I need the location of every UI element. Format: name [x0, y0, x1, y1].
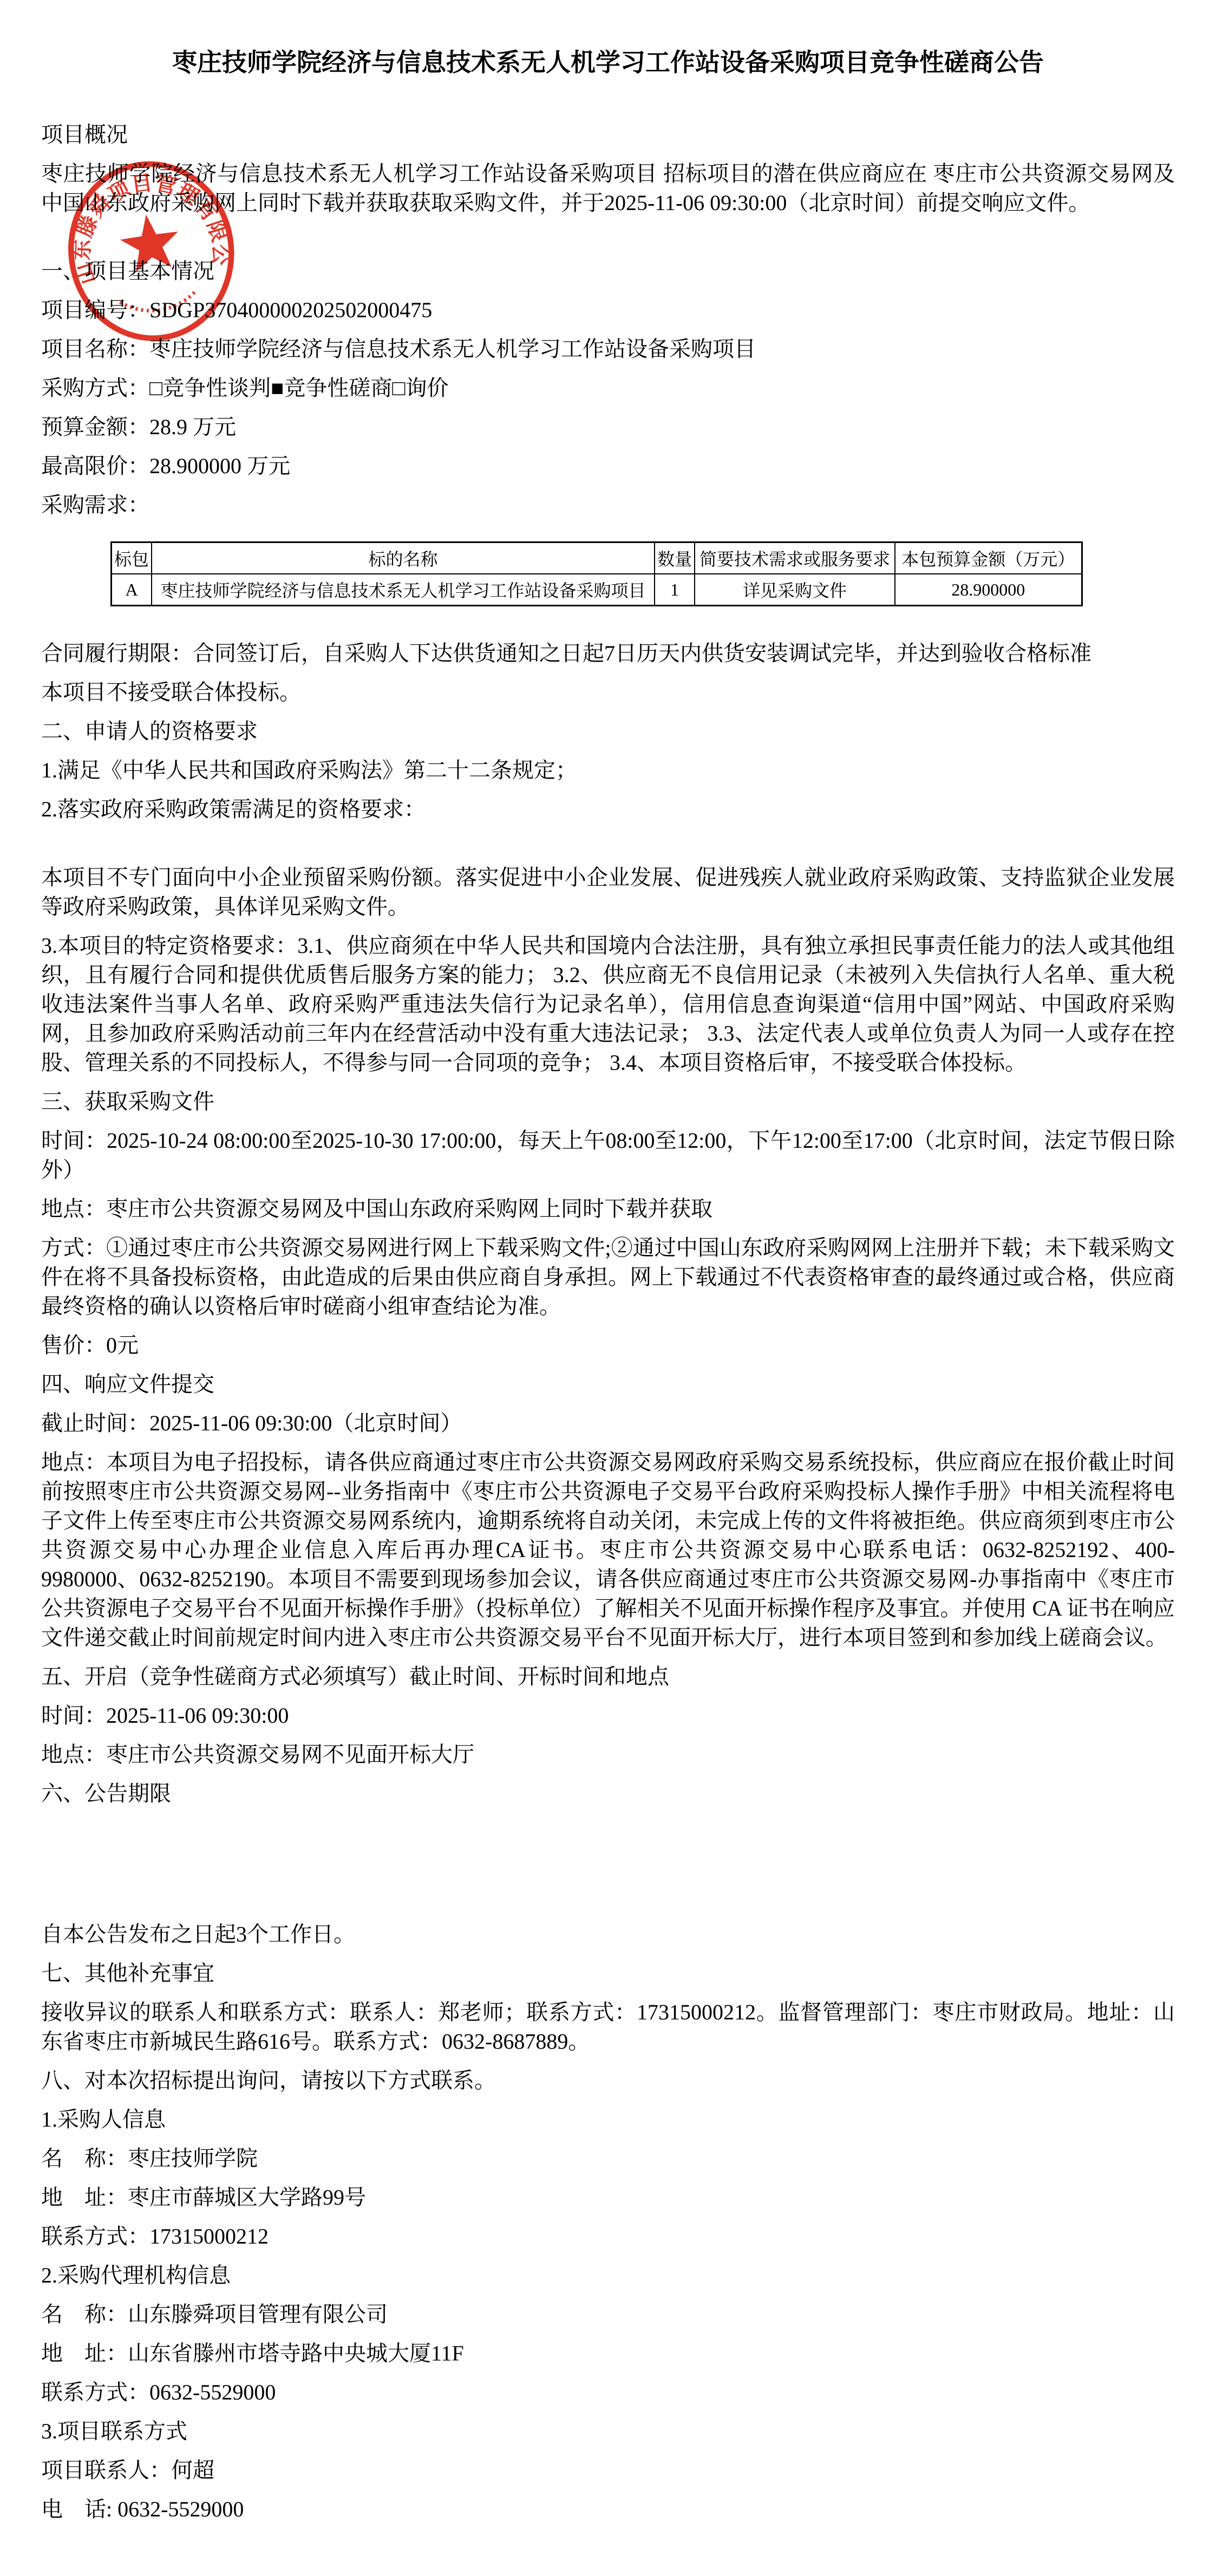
document-page: 枣庄技师学院经济与信息技术系无人机学习工作站设备采购项目竞争性磋商公告 项目概况… — [0, 0, 1216, 2576]
section-8-heading: 八、对本次招标提出询问，请按以下方式联系。 — [41, 2066, 1175, 2095]
para-agent-name: 名 称：山东滕舜项目管理有限公司 — [41, 2300, 1175, 2329]
para-project-contact-person: 项目联系人：何超 — [41, 2456, 1175, 2485]
table-header-requirements: 简要技术需求或服务要求 — [695, 542, 895, 574]
para-buyer-address: 地 址：枣庄市薛城区大学路99号 — [41, 2183, 1175, 2212]
para-procurement-method: 采购方式：□竞争性谈判■竞争性磋商□询价 — [41, 374, 1175, 403]
section-6-heading: 六、公告期限 — [41, 1779, 1175, 1808]
para-project-name: 项目名称：枣庄技师学院经济与信息技术系无人机学习工作站设备采购项目 — [41, 335, 1175, 364]
table-header-lot: 标包 — [112, 542, 152, 574]
table-header-qty: 数量 — [655, 542, 695, 574]
para-obtain-time: 时间：2025-10-24 08:00:00至2025-10-30 17:00:… — [41, 1126, 1175, 1185]
para-agent-address: 地 址：山东省滕州市塔寺路中央城大厦11F — [41, 2339, 1175, 2368]
para-announcement-period: 自本公告发布之日起3个工作日。 — [41, 1920, 1175, 1949]
table-header-budget: 本包预算金额（万元） — [895, 542, 1082, 574]
overview-heading: 项目概况 — [41, 120, 1175, 149]
overview-paragraph: 枣庄技师学院经济与信息技术系无人机学习工作站设备采购项目 招标项目的潜在供应商应… — [41, 159, 1175, 218]
section-5-heading: 五、开启（竞争性磋商方式必须填写）截止时间、开标时间和地点 — [41, 1662, 1175, 1691]
section-4-heading: 四、响应文件提交 — [41, 1370, 1175, 1399]
para-max-price: 最高限价：28.900000 万元 — [41, 452, 1175, 481]
section-1-heading: 一、项目基本情况 — [41, 257, 1175, 286]
para-qualification-2: 2.落实政府采购政策需满足的资格要求： — [41, 795, 1175, 824]
para-project-contact-heading: 3.项目联系方式 — [41, 2417, 1175, 2446]
table-cell-qty: 1 — [655, 574, 695, 606]
para-submit-deadline: 截止时间：2025-11-06 09:30:00（北京时间） — [41, 1409, 1175, 1438]
table-cell-budget: 28.900000 — [895, 574, 1082, 606]
table-header-row: 标包 标的名称 数量 简要技术需求或服务要求 本包预算金额（万元） — [112, 542, 1082, 574]
para-open-place: 地点：枣庄市公共资源交易网不见面开标大厅 — [41, 1740, 1175, 1769]
section-7-heading: 七、其他补充事宜 — [41, 1959, 1175, 1988]
para-buyer-info-heading: 1.采购人信息 — [41, 2105, 1175, 2134]
para-no-consortium: 本项目不接受联合体投标。 — [41, 678, 1175, 707]
para-agent-info-heading: 2.采购代理机构信息 — [41, 2261, 1175, 2290]
para-open-time: 时间：2025-11-06 09:30:00 — [41, 1701, 1175, 1730]
para-qualification-1: 1.满足《中华人民共和国政府采购法》第二十二条规定； — [41, 756, 1175, 785]
table-cell-lot: A — [112, 574, 152, 606]
lots-table: 标包 标的名称 数量 简要技术需求或服务要求 本包预算金额（万元） A 枣庄技师… — [110, 541, 1083, 606]
doc-title: 枣庄技师学院经济与信息技术系无人机学习工作站设备采购项目竞争性磋商公告 — [41, 48, 1175, 78]
para-contract-period: 合同履行期限：合同签订后，自采购人下达供货通知之日起7日历天内供货安装调试完毕，… — [41, 639, 1175, 668]
para-obtain-method: 方式：①通过枣庄市公共资源交易网进行网上下载采购文件;②通过中国山东政府采购网网… — [41, 1233, 1175, 1321]
para-project-no: 项目编号：SDGP370400000202502000475 — [41, 296, 1175, 325]
table-cell-subject: 枣庄技师学院经济与信息技术系无人机学习工作站设备采购项目 — [152, 574, 655, 606]
para-objection-contact: 接收异议的联系人和联系方式：联系人：郑老师；联系方式：17315000212。监… — [41, 1998, 1175, 2056]
para-qualification-3: 3.本项目的特定资格要求：3.1、供应商须在中华人民共和国境内合法注册，具有独立… — [41, 931, 1175, 1077]
table-header-subject: 标的名称 — [152, 542, 655, 574]
para-sme-policy: 本项目不专门面向中小企业预留采购份额。落实促进中小企业发展、促进残疾人就业政府采… — [41, 863, 1175, 921]
para-buyer-name: 名 称：枣庄技师学院 — [41, 2144, 1175, 2173]
para-agent-contact: 联系方式：0632-5529000 — [41, 2378, 1175, 2407]
section-2-heading: 二、申请人的资格要求 — [41, 717, 1175, 746]
para-buyer-contact: 联系方式：17315000212 — [41, 2222, 1175, 2251]
para-project-contact-phone: 电 话: 0632-5529000 — [41, 2495, 1175, 2524]
section-3-heading: 三、获取采购文件 — [41, 1087, 1175, 1116]
table-row: A 枣庄技师学院经济与信息技术系无人机学习工作站设备采购项目 1 详见采购文件 … — [112, 574, 1082, 606]
para-obtain-price: 售价：0元 — [41, 1331, 1175, 1360]
para-submit-place: 地点：本项目为电子招投标，请各供应商通过枣庄市公共资源交易网政府采购交易系统投标… — [41, 1448, 1175, 1652]
para-budget: 预算金额：28.9 万元 — [41, 413, 1175, 442]
table-cell-requirements: 详见采购文件 — [695, 574, 895, 606]
para-obtain-place: 地点：枣庄市公共资源交易网及中国山东政府采购网上同时下载并获取 — [41, 1194, 1175, 1224]
para-demand-label: 采购需求： — [41, 491, 1175, 520]
